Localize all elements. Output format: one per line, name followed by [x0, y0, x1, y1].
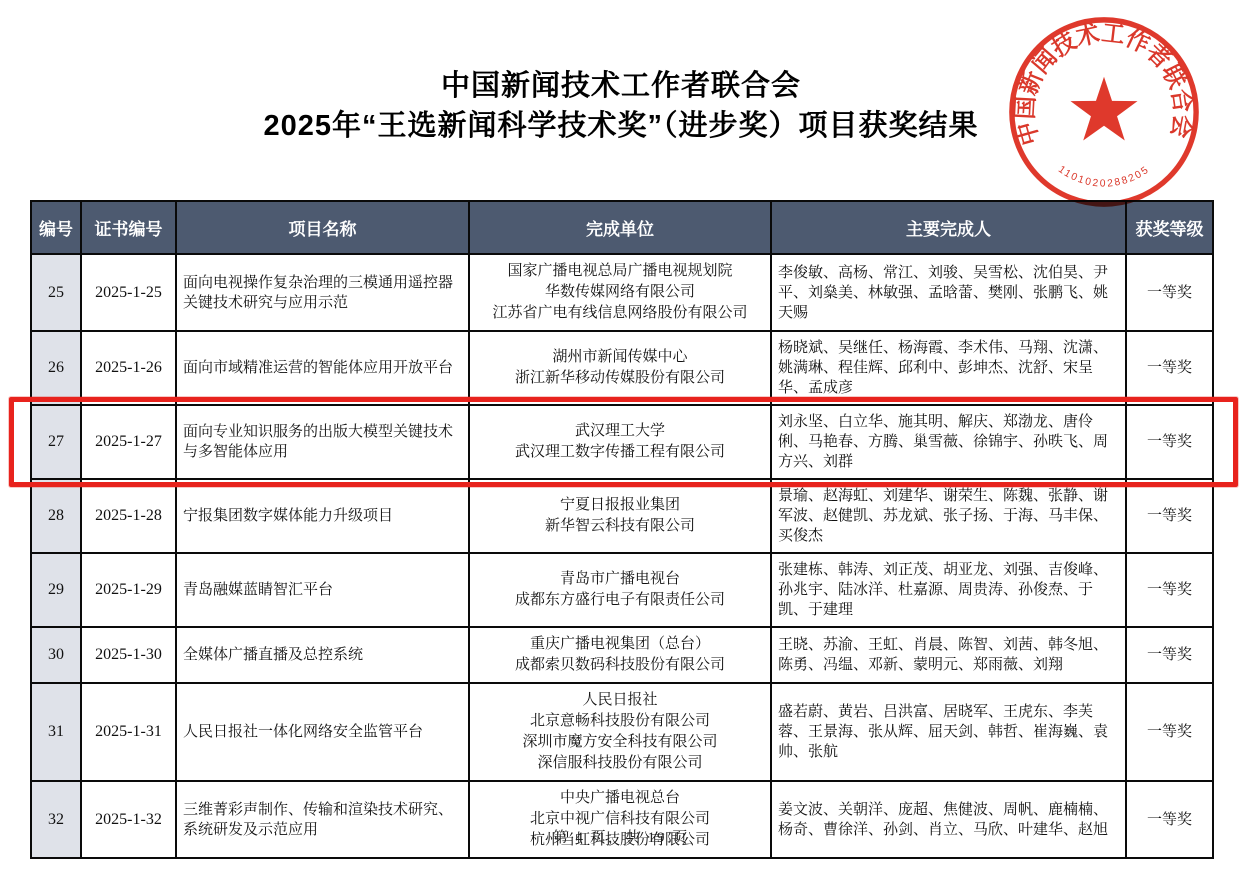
- project-name-cell: 宁报集团数字媒体能力升级项目: [176, 479, 469, 553]
- org-line: 青岛市广播电视台: [476, 569, 764, 590]
- org-line: 成都东方盛行电子有限责任公司: [476, 590, 764, 611]
- table-row: 26 2025-1-26 面向市域精准运营的智能体应用开放平台 湖州市新闻传媒中…: [31, 331, 1213, 405]
- row-number-cell: 29: [31, 553, 81, 627]
- column-header: 主要完成人: [771, 201, 1126, 254]
- column-header: 编号: [31, 201, 81, 254]
- completing-org-cell: 青岛市广播电视台成都东方盛行电子有限责任公司: [469, 553, 771, 627]
- award-level-cell: 一等奖: [1126, 553, 1213, 627]
- certificate-number-cell: 2025-1-25: [81, 254, 176, 331]
- certificate-number-cell: 2025-1-29: [81, 553, 176, 627]
- org-line: 江苏省广电有线信息网络股份有限公司: [476, 303, 764, 324]
- project-name-cell: 全媒体广播直播及总控系统: [176, 627, 469, 683]
- org-line: 成都索贝数码科技股份有限公司: [476, 655, 764, 676]
- row-number-cell: 26: [31, 331, 81, 405]
- completing-org-cell: 湖州市新闻传媒中心浙江新华移动传媒股份有限公司: [469, 331, 771, 405]
- certificate-number-cell: 2025-1-26: [81, 331, 176, 405]
- column-header: 获奖等级: [1126, 201, 1213, 254]
- title-line-1: 中国新闻技术工作者联合会: [0, 66, 1242, 106]
- main-contributors-cell: 李俊敏、高杨、常江、刘骏、吴雪松、沈伯昊、尹平、刘燊美、林敏强、孟晗蕾、樊刚、张…: [771, 254, 1126, 331]
- org-line: 新华智云科技有限公司: [476, 516, 764, 537]
- certificate-number-cell: 2025-1-31: [81, 683, 176, 781]
- org-line: 武汉理工数字传播工程有限公司: [476, 442, 764, 463]
- page-number-footer: 第 4 页，共 19 页: [0, 826, 1242, 847]
- table-row: 29 2025-1-29 青岛融媒蓝睛智汇平台 青岛市广播电视台成都东方盛行电子…: [31, 553, 1213, 627]
- table-row: 30 2025-1-30 全媒体广播直播及总控系统 重庆广播电视集团（总台）成都…: [31, 627, 1213, 683]
- table-header-row: 编号证书编号项目名称完成单位主要完成人获奖等级: [31, 201, 1213, 254]
- award-level-cell: 一等奖: [1126, 683, 1213, 781]
- column-header: 完成单位: [469, 201, 771, 254]
- row-number-cell: 27: [31, 405, 81, 479]
- org-line: 国家广播电视总局广播电视规划院: [476, 261, 764, 282]
- row-number-cell: 25: [31, 254, 81, 331]
- main-contributors-cell: 张建栋、韩涛、刘正茂、胡亚龙、刘强、吉俊峰、孙兆宇、陆冰洋、杜嘉源、周贵涛、孙俊…: [771, 553, 1126, 627]
- main-contributors-cell: 景瑜、赵海虹、刘建华、谢荣生、陈魏、张静、谢军波、赵健凯、苏龙斌、张子扬、于海、…: [771, 479, 1126, 553]
- column-header: 项目名称: [176, 201, 469, 254]
- table-row: 25 2025-1-25 面向电视操作复杂治理的三模通用遥控器关键技术研究与应用…: [31, 254, 1213, 331]
- completing-org-cell: 国家广播电视总局广播电视规划院华数传媒网络有限公司江苏省广电有线信息网络股份有限…: [469, 254, 771, 331]
- completing-org-cell: 宁夏日报报业集团新华智云科技有限公司: [469, 479, 771, 553]
- document-page: 中国新闻技术工作者联合会 2025年“王选新闻科学技术奖”（进步奖）项目获奖结果…: [0, 0, 1242, 869]
- project-name-cell: 面向市域精准运营的智能体应用开放平台: [176, 331, 469, 405]
- title-line-2: 2025年“王选新闻科学技术奖”（进步奖）项目获奖结果: [0, 106, 1242, 146]
- org-line: 深信服科技股份有限公司: [476, 753, 764, 774]
- row-number-cell: 28: [31, 479, 81, 553]
- svg-text:1101020288205: 1101020288205: [1056, 164, 1152, 189]
- completing-org-cell: 人民日报社北京意畅科技股份有限公司深圳市魔方安全科技有限公司深信服科技股份有限公…: [469, 683, 771, 781]
- main-contributors-cell: 王晓、苏渝、王虹、肖晨、陈智、刘茜、韩冬旭、陈勇、冯缊、邓新、蒙明元、郑雨薇、刘…: [771, 627, 1126, 683]
- table-row: 31 2025-1-31 人民日报社一体化网络安全监管平台 人民日报社北京意畅科…: [31, 683, 1213, 781]
- project-name-cell: 青岛融媒蓝睛智汇平台: [176, 553, 469, 627]
- award-level-cell: 一等奖: [1126, 254, 1213, 331]
- project-name-cell: 面向电视操作复杂治理的三模通用遥控器关键技术研究与应用示范: [176, 254, 469, 331]
- award-level-cell: 一等奖: [1126, 479, 1213, 553]
- org-line: 深圳市魔方安全科技有限公司: [476, 732, 764, 753]
- table-row: 28 2025-1-28 宁报集团数字媒体能力升级项目 宁夏日报报业集团新华智云…: [31, 479, 1213, 553]
- row-number-cell: 30: [31, 627, 81, 683]
- org-line: 武汉理工大学: [476, 421, 764, 442]
- main-contributors-cell: 盛若蔚、黄岩、吕洪富、居晓军、王虎东、李芙蓉、王景海、张从辉、屈天剑、韩哲、崔海…: [771, 683, 1126, 781]
- awards-table: 编号证书编号项目名称完成单位主要完成人获奖等级 25 2025-1-25 面向电…: [30, 200, 1214, 859]
- award-level-cell: 一等奖: [1126, 627, 1213, 683]
- org-line: 人民日报社: [476, 690, 764, 711]
- document-title: 中国新闻技术工作者联合会 2025年“王选新闻科学技术奖”（进步奖）项目获奖结果: [0, 66, 1242, 146]
- certificate-number-cell: 2025-1-28: [81, 479, 176, 553]
- org-line: 华数传媒网络有限公司: [476, 282, 764, 303]
- main-contributors-cell: 刘永坚、白立华、施其明、解庆、郑渤龙、唐伶俐、马艳春、方腾、巢雪薇、徐锦宇、孙昳…: [771, 405, 1126, 479]
- main-contributors-cell: 杨晓斌、吴继任、杨海霞、李术伟、马翔、沈潇、姚满琳、程佳辉、邱利中、彭坤杰、沈舒…: [771, 331, 1126, 405]
- column-header: 证书编号: [81, 201, 176, 254]
- org-line: 宁夏日报报业集团: [476, 495, 764, 516]
- certificate-number-cell: 2025-1-27: [81, 405, 176, 479]
- org-line: 湖州市新闻传媒中心: [476, 347, 764, 368]
- table-row: 27 2025-1-27 面向专业知识服务的出版大模型关键技术与多智能体应用 武…: [31, 405, 1213, 479]
- project-name-cell: 面向专业知识服务的出版大模型关键技术与多智能体应用: [176, 405, 469, 479]
- award-level-cell: 一等奖: [1126, 405, 1213, 479]
- org-line: 北京意畅科技股份有限公司: [476, 711, 764, 732]
- award-level-cell: 一等奖: [1126, 331, 1213, 405]
- completing-org-cell: 重庆广播电视集团（总台）成都索贝数码科技股份有限公司: [469, 627, 771, 683]
- org-line: 浙江新华移动传媒股份有限公司: [476, 368, 764, 389]
- completing-org-cell: 武汉理工大学武汉理工数字传播工程有限公司: [469, 405, 771, 479]
- org-line: 中央广播电视总台: [476, 788, 764, 809]
- org-line: 重庆广播电视集团（总台）: [476, 634, 764, 655]
- seal-number: 1101020288205: [1056, 164, 1152, 189]
- certificate-number-cell: 2025-1-30: [81, 627, 176, 683]
- project-name-cell: 人民日报社一体化网络安全监管平台: [176, 683, 469, 781]
- row-number-cell: 31: [31, 683, 81, 781]
